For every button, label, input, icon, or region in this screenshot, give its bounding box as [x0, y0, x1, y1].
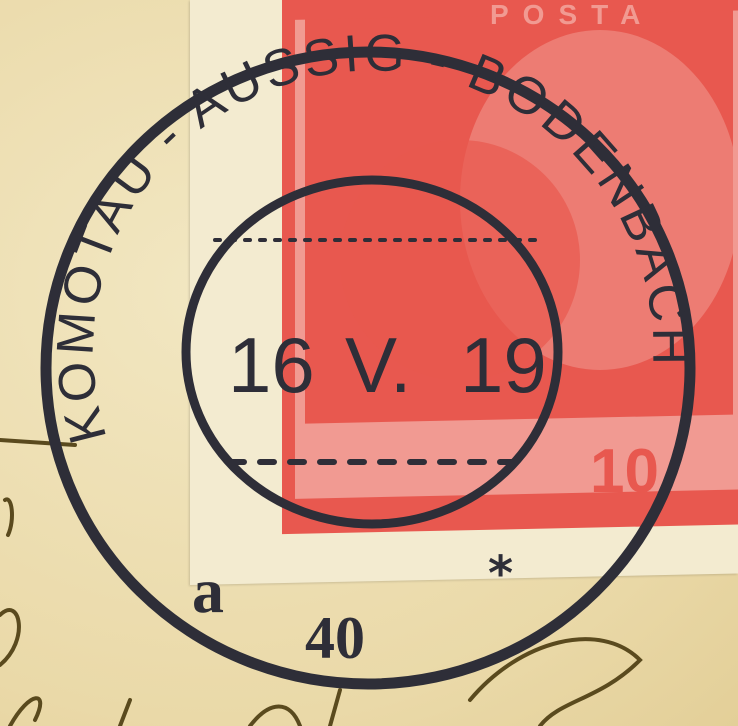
- postmark-train-letter: a: [192, 555, 224, 626]
- postmark-date-day: 16: [228, 321, 315, 409]
- stamp-header-text: POSTA: [490, 0, 654, 30]
- stamp-denomination: 10: [590, 437, 659, 506]
- postmark-date-year: 19: [460, 321, 547, 409]
- postmark-date-month: V.: [345, 321, 412, 409]
- postcard-scene: POSTA 10 KOMOTAU - AUSSIG - BODENBACH 16…: [0, 0, 738, 726]
- postmark-star: *: [488, 546, 513, 602]
- postmark-train-number: 40: [305, 605, 365, 671]
- postmark-artwork: POSTA 10 KOMOTAU - AUSSIG - BODENBACH 16…: [0, 0, 738, 726]
